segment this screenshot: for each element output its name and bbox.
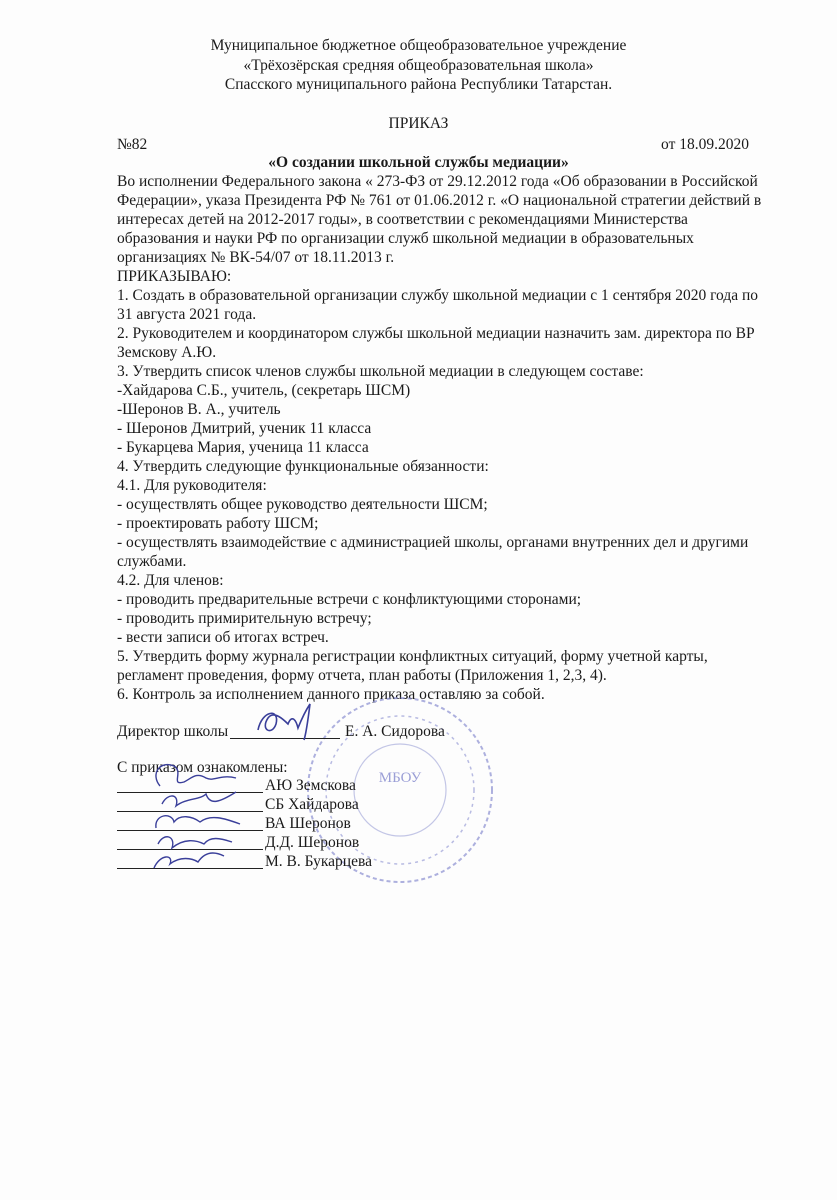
order-item-line: - Букарцева Мария, ученица 11 класса xyxy=(117,438,369,457)
order-word: ПРИКАЗЫВАЮ: xyxy=(117,267,231,286)
order-item-line: - Шеронов Дмитрий, ученик 11 класса xyxy=(117,419,371,438)
preamble-line: интересах детей на 2012-2017 годы», в со… xyxy=(117,210,688,229)
preamble-line: Федерации», указа Президента РФ № 761 от… xyxy=(117,191,761,210)
org-name-line1: Муниципальное бюджетное общеобразователь… xyxy=(0,36,837,55)
handwritten-signatures-icon xyxy=(140,752,270,877)
acknowledged-name: АЮ Земскова xyxy=(265,776,356,795)
order-item-line: - осуществлять общее руководство деятель… xyxy=(117,495,488,514)
order-item-line: - проводить предварительные встречи с ко… xyxy=(117,590,581,609)
preamble-line: образования и науки РФ по организации сл… xyxy=(117,229,694,248)
order-item-line: - проводить примирительную встречу; xyxy=(117,609,372,628)
preamble-line: Во исполнении Федерального закона « 273-… xyxy=(117,172,758,191)
order-item-line: 3. Утвердить список членов службы школьн… xyxy=(117,362,644,381)
preamble-line: организациях № ВК-54/07 от 18.11.2013 г. xyxy=(117,248,394,267)
acknowledged-name: СБ Хайдарова xyxy=(265,795,359,814)
order-item-line: 2. Руководителем и координатором службы … xyxy=(117,324,755,343)
order-date: от 18.09.2020 xyxy=(661,135,749,154)
order-item-line: службами. xyxy=(117,552,186,571)
order-item-line: Земскову А.Ю. xyxy=(117,343,216,362)
svg-text:МБОУ: МБОУ xyxy=(379,770,422,786)
order-item-line: 4.2. Для членов: xyxy=(117,571,224,590)
acknowledged-name: М. В. Букарцева xyxy=(265,852,372,871)
document-page: Муниципальное бюджетное общеобразователь… xyxy=(0,0,837,1200)
order-item-line: 4.1. Для руководителя: xyxy=(117,476,267,495)
order-item-line: -Хайдарова С.Б., учитель, (секретарь ШСМ… xyxy=(117,381,410,400)
order-item-line: - осуществлять взаимодействие с админист… xyxy=(117,533,748,552)
acknowledged-name: Д.Д. Шеронов xyxy=(265,833,359,852)
order-item-line: 31 августа 2021 года. xyxy=(117,305,256,324)
order-subject: «О создании школьной службы медиации» xyxy=(0,154,837,172)
director-signature-icon xyxy=(250,700,325,745)
order-item-line: 1. Создать в образовательной организации… xyxy=(117,286,758,305)
order-item-line: 4. Утвердить следующие функциональные об… xyxy=(117,457,489,476)
order-item-line: - вести записи об итогах встреч. xyxy=(117,628,329,647)
order-number: №82 xyxy=(117,135,147,154)
order-item-line: 5. Утвердить форму журнала регистрации к… xyxy=(117,647,708,666)
director-label: Директор школы xyxy=(117,722,228,741)
order-item-line: -Шеронов В. А., учитель xyxy=(117,400,281,419)
order-item-line: - проектировать работу ШСМ; xyxy=(117,514,318,533)
order-item-line: регламент проведения, форму отчета, план… xyxy=(117,666,607,685)
org-name-line2: «Трёхозёрская средняя общеобразовательна… xyxy=(0,56,837,75)
director-name: Е. А. Сидорова xyxy=(345,722,445,741)
order-title: ПРИКАЗ xyxy=(0,115,837,133)
org-name-line3: Спасского муниципального района Республи… xyxy=(0,75,837,94)
acknowledged-name: ВА Шеронов xyxy=(265,814,351,833)
